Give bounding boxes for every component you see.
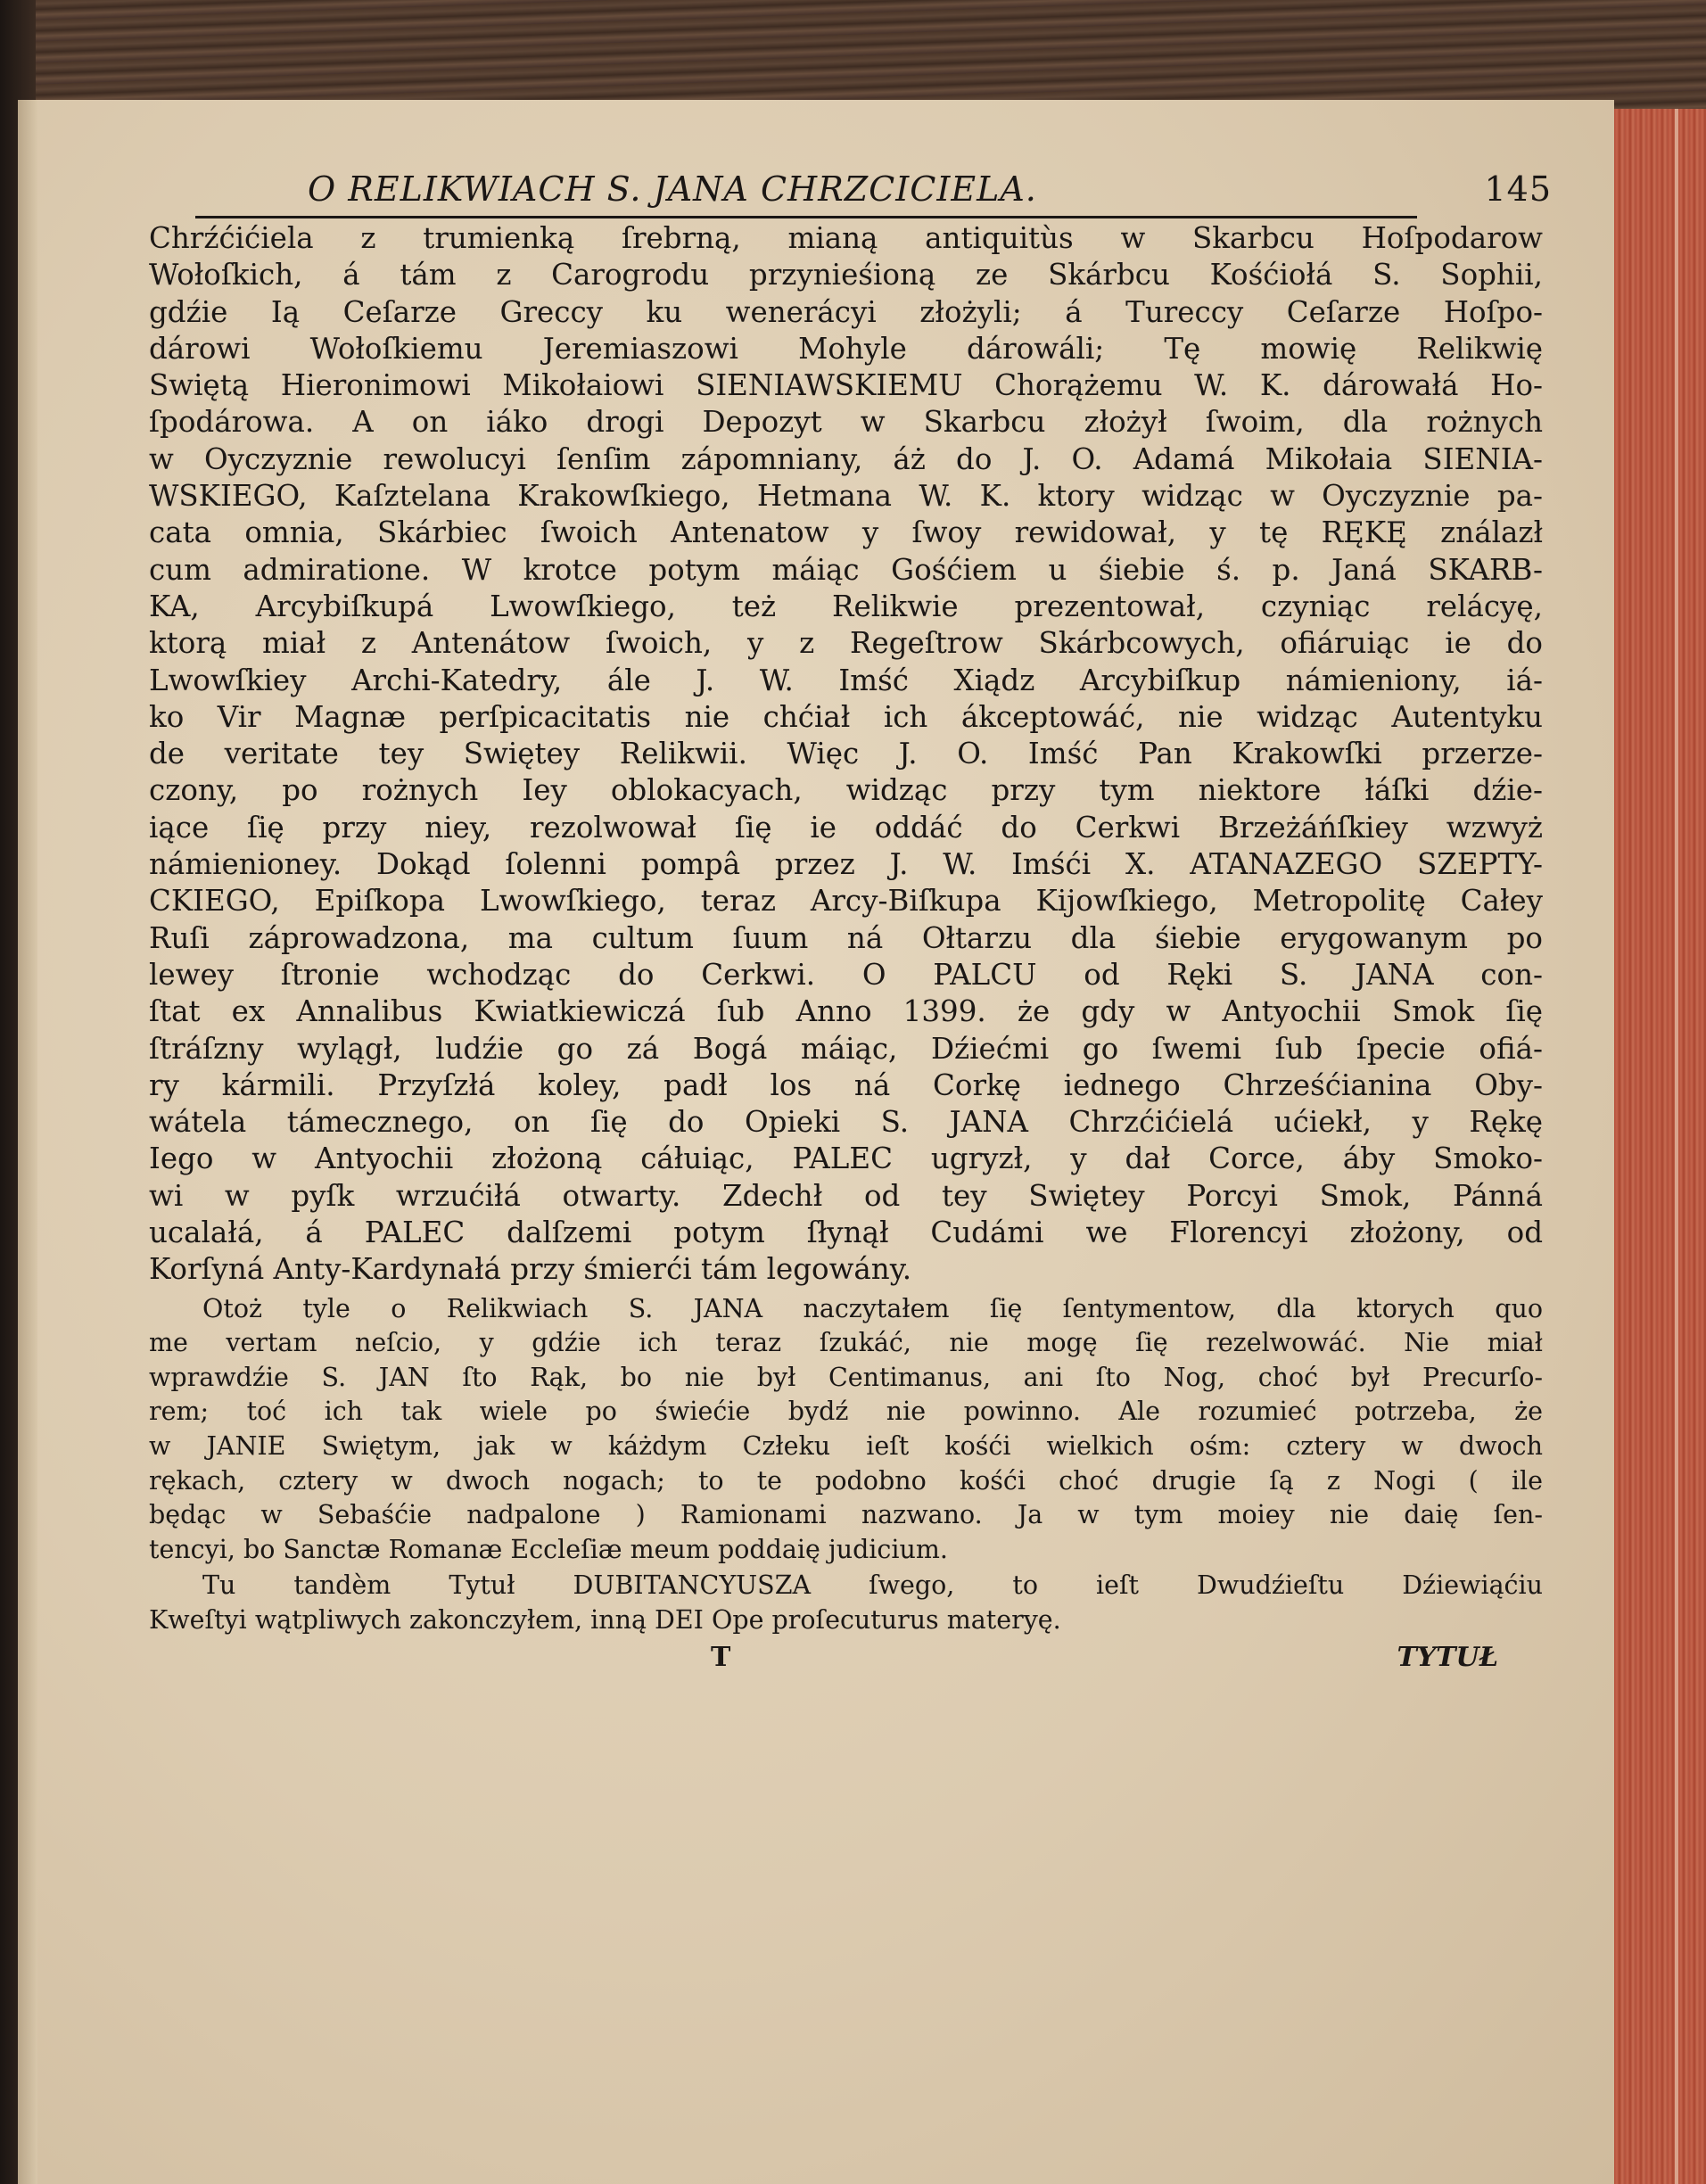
running-head-title: O RELIKWIACH S. JANA CHRZCICIELA.	[308, 169, 1037, 209]
catchword: TYTUŁ	[1397, 1642, 1498, 1673]
text-line: ry kármili. Przyſzłá koley, padł los ná …	[149, 1067, 1543, 1104]
text-line: námienioney. Dokąd ſolenni pompâ przez J…	[149, 846, 1543, 883]
text-line: me vertam neſcio, y gdźie ich teraz ſzuk…	[149, 1326, 1543, 1361]
text-line: Otoż tyle o Relikwiach S. JANA naczytałe…	[149, 1292, 1543, 1327]
text-line: Lwowſkiey Archi-Katedry, ále J. W. Imść …	[149, 663, 1543, 699]
text-line: rękach, cztery w dwoch nogach; to te pod…	[149, 1464, 1543, 1499]
text-line: wprawdźie S. JAN ſto Rąk, bo nie był Cen…	[149, 1361, 1543, 1396]
text-line: iące ſię przy niey, rezolwował ſię ie od…	[149, 810, 1543, 846]
text-line: ſtat ex Annalibus Kwiatkiewiczá ſub Anno…	[149, 993, 1543, 1030]
main-paragraph: Chrźćićiela z trumienką ſrebrną, mianą a…	[149, 220, 1543, 1289]
text-line: ktorą miał z Antenátow ſwoich, y z Regeſ…	[149, 625, 1543, 662]
text-line: Iego w Antyochii złożoną cáłuiąc, PALEC …	[149, 1141, 1543, 1177]
page-number: 145	[1484, 169, 1552, 209]
text-line: ſpodárowa. A on iáko drogi Depozyt w Ska…	[149, 404, 1543, 441]
signature-mark: T	[711, 1642, 730, 1673]
text-block: O RELIKWIACH S. JANA CHRZCICIELA. 145 Ch…	[149, 169, 1543, 1686]
text-line: tencyi, bo Sanctæ Romanæ Eccleſiæ meum p…	[149, 1533, 1543, 1568]
text-line: gdźie Ią Ceſarze Greccy ku wenerácyi zło…	[149, 294, 1543, 331]
text-line: ko Vir Magnæ perſpicacitatis nie chćiał …	[149, 699, 1543, 736]
text-line: Swiętą Hieronimowi Mikołaiowi SIENIAWSKI…	[149, 367, 1543, 404]
text-line: czony, po rożnych Iey oblokacyach, widzą…	[149, 772, 1543, 809]
page-gutter-shadow	[18, 100, 37, 2184]
text-line: Chrźćićiela z trumienką ſrebrną, mianą a…	[149, 220, 1543, 257]
text-line: Ruſi záprowadzona, ma cultum ſuum ná Ołt…	[149, 920, 1543, 957]
red-page-edges	[1614, 109, 1706, 2184]
text-line: rem; toć ich tak wiele po świećie bydź n…	[149, 1395, 1543, 1430]
text-line: ſtráſzny wylągł, ludźie go zá Bogá máiąc…	[149, 1031, 1543, 1067]
text-line: CKIEGO, Epiſkopa Lwowſkiego, teraz Arcy-…	[149, 883, 1543, 919]
text-line: wátela támecznego, on ſię do Opieki S. J…	[149, 1104, 1543, 1141]
text-line: lewey ſtronie wchodząc do Cerkwi. O PALC…	[149, 957, 1543, 993]
book-cover-top	[0, 0, 1706, 111]
text-line: w JANIE Swiętym, jak w káżdym Człeku ieſ…	[149, 1430, 1543, 1464]
text-line: Wołoſkich, á tám z Carogrodu przynieśion…	[149, 257, 1543, 293]
text-line: ucalałá, á PALEC dalſzemi potym ſłynął C…	[149, 1215, 1543, 1251]
text-line: będąc w Sebaśćie nadpalone ) Ramionami n…	[149, 1498, 1543, 1533]
text-line: dárowi Wołoſkiemu Jeremiaszowi Mohyle dá…	[149, 331, 1543, 367]
closing-paragraph: Tu tandèm Tytuł DUBITANCYUSZA ſwego, to …	[149, 1569, 1543, 1637]
running-head: O RELIKWIACH S. JANA CHRZCICIELA. 145	[149, 169, 1543, 212]
head-rule	[195, 216, 1417, 218]
text-line: de veritate tey Swiętey Relikwii. Więc J…	[149, 736, 1543, 772]
text-line: w Oyczyznie rewolucyi ſenſim zápomniany,…	[149, 441, 1543, 478]
text-line: Tu tandèm Tytuł DUBITANCYUSZA ſwego, to …	[149, 1569, 1543, 1603]
text-line: cata omnia, Skárbiec ſwoich Antenatow y …	[149, 515, 1543, 551]
text-line: WSKIEGO, Kaſztelana Krakowſkiego, Hetman…	[149, 478, 1543, 515]
secondary-paragraph: Otoż tyle o Relikwiach S. JANA naczytałe…	[149, 1292, 1543, 1568]
text-line: cum admiratione. W krotce potym máiąc Go…	[149, 552, 1543, 589]
text-line: Kweſtyi wątpliwych zakonczyłem, inną DEI…	[149, 1603, 1543, 1638]
text-line: Korſyná Anty-Kardynałá przy śmierći tám …	[149, 1251, 1543, 1288]
page-edge-gap	[1675, 109, 1678, 2184]
text-line: wi w pyſk wrzućiłá otwarty. Zdechł od te…	[149, 1178, 1543, 1215]
page-footer: T TYTUŁ	[149, 1642, 1543, 1686]
text-line: KA, Arcybiſkupá Lwowſkiego, też Relikwie…	[149, 589, 1543, 625]
